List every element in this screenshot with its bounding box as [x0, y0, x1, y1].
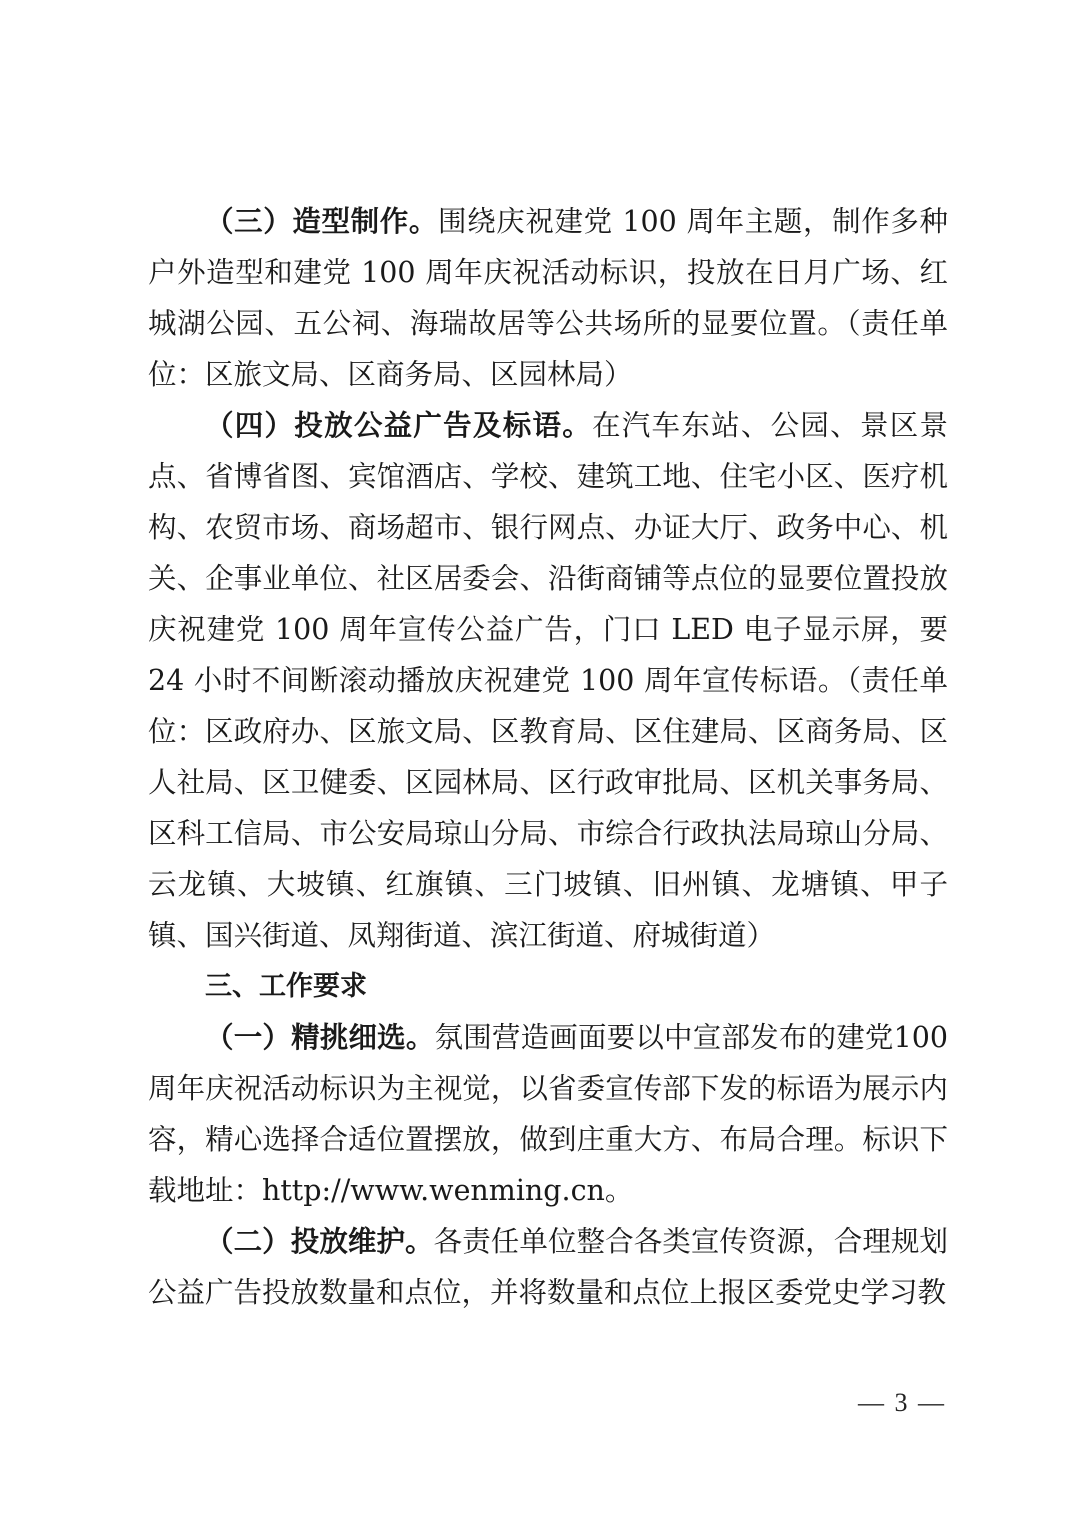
section-heading: 三、工作要求 — [148, 961, 948, 1012]
paragraph-placement-maintenance: （二）投放维护。各责任单位整合各类宣传资源，合理规划公益广告投放数量和点位，并将… — [148, 1216, 948, 1318]
paragraph-lead: （四）投放公益广告及标语。 — [205, 408, 592, 442]
paragraph-shaping-production: （三）造型制作。围绕庆祝建党 100 周年主题，制作多种户外造型和建党 100 … — [148, 196, 948, 400]
paragraph-careful-selection: （一）精挑细选。氛围营造画面要以中宣部发布的建党100周年庆祝活动标识为主视觉，… — [148, 1012, 948, 1216]
paragraph-lead: （一）精挑细选。 — [205, 1020, 435, 1054]
document-page: （三）造型制作。围绕庆祝建党 100 周年主题，制作多种户外造型和建党 100 … — [148, 196, 948, 1318]
page-number: — 3 — — [858, 1388, 946, 1418]
paragraph-body: 在汽车东站、公园、景区景点、省博省图、宾馆酒店、学校、建筑工地、住宅小区、医疗机… — [148, 409, 948, 952]
paragraph-lead: （三）造型制作。 — [205, 204, 438, 238]
paragraph-lead: （二）投放维护。 — [205, 1224, 434, 1258]
paragraph-public-ads: （四）投放公益广告及标语。在汽车东站、公园、景区景点、省博省图、宾馆酒店、学校、… — [148, 400, 948, 961]
